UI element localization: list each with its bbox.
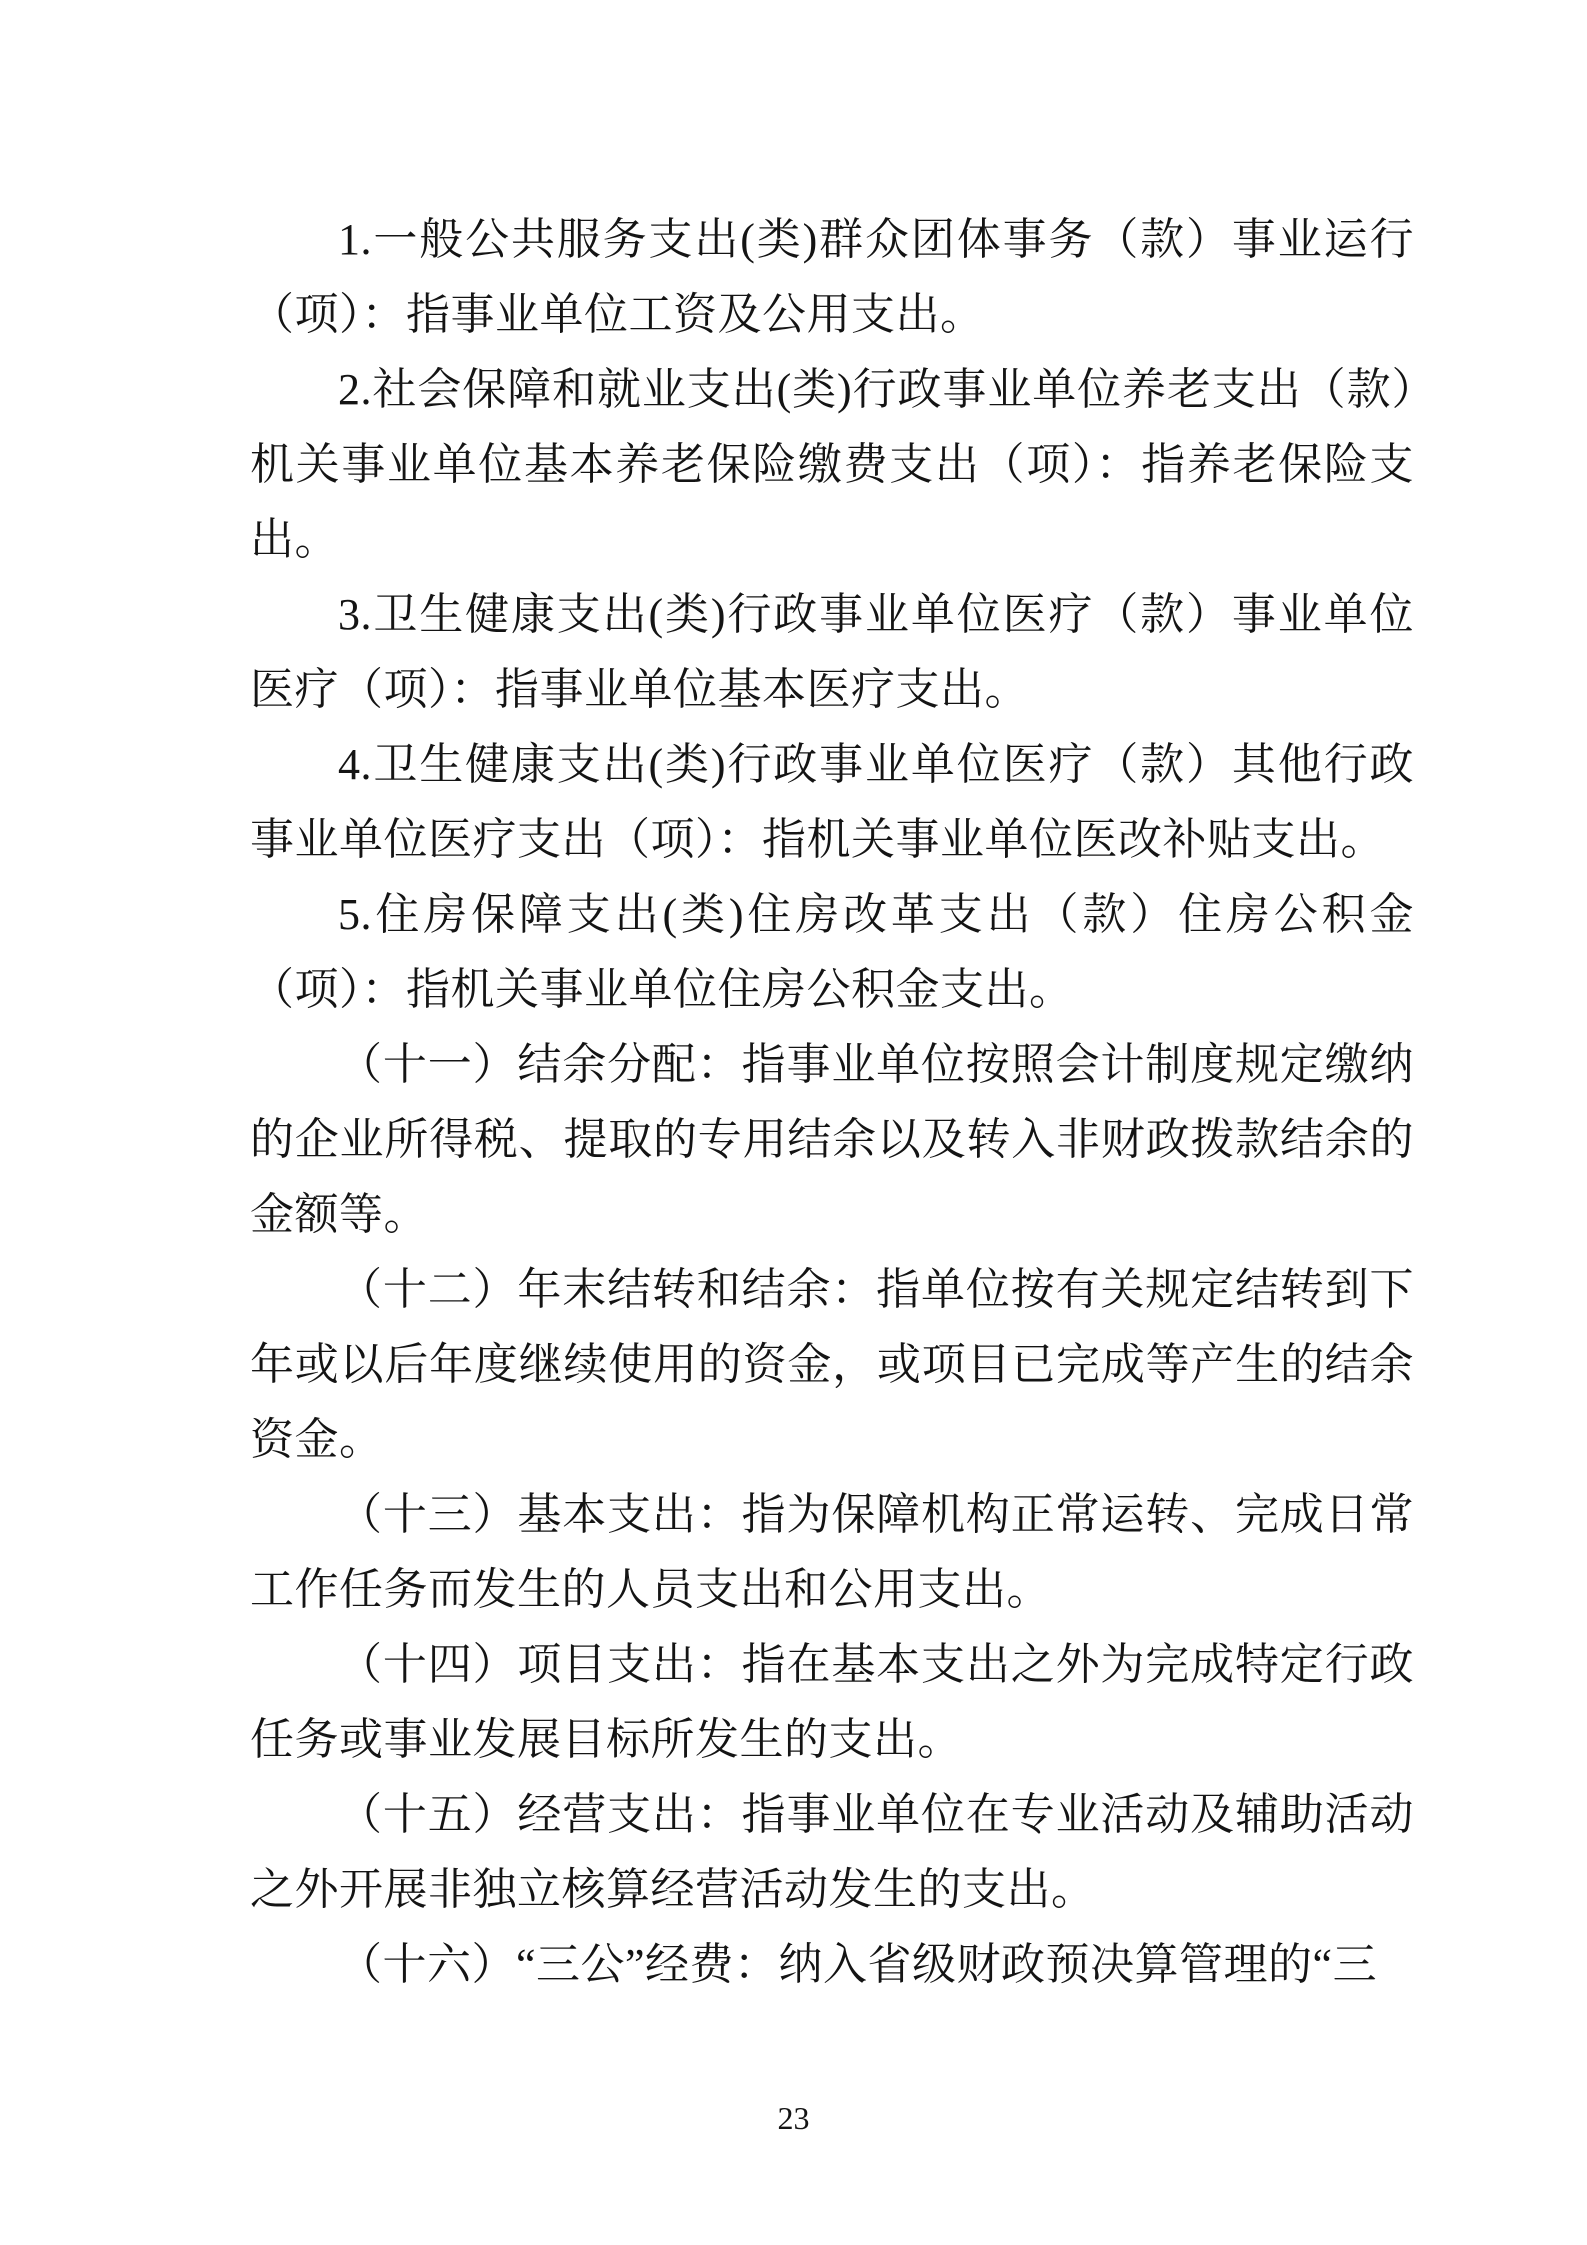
paragraph: （十四）项目支出：指在基本支出之外为完成特定行政任务或事业发展目标所发生的支出。	[250, 1627, 1414, 1777]
document-page: 1.一般公共服务支出(类)群众团体事务（款）事业运行（项）：指事业单位工资及公用…	[0, 0, 1587, 2245]
paragraph: 2.社会保障和就业支出(类)行政事业单位养老支出（款）机关事业单位基本养老保险缴…	[250, 352, 1414, 577]
paragraph: （十一）结余分配：指事业单位按照会计制度规定缴纳的企业所得税、提取的专用结余以及…	[250, 1027, 1414, 1252]
page-number: 23	[778, 2100, 810, 2136]
paragraph: 5.住房保障支出(类)住房改革支出（款）住房公积金（项）：指机关事业单位住房公积…	[250, 877, 1414, 1027]
paragraph: 4.卫生健康支出(类)行政事业单位医疗（款）其他行政事业单位医疗支出（项）：指机…	[250, 727, 1414, 877]
paragraph: （十五）经营支出：指事业单位在专业活动及辅助活动之外开展非独立核算经营活动发生的…	[250, 1777, 1414, 1927]
paragraph: （十三）基本支出：指为保障机构正常运转、完成日常工作任务而发生的人员支出和公用支…	[250, 1477, 1414, 1627]
paragraph: 3.卫生健康支出(类)行政事业单位医疗（款）事业单位医疗（项）：指事业单位基本医…	[250, 577, 1414, 727]
document-body: 1.一般公共服务支出(类)群众团体事务（款）事业运行（项）：指事业单位工资及公用…	[250, 202, 1414, 2002]
page-footer: 23	[0, 2100, 1587, 2137]
paragraph: （十二）年末结转和结余：指单位按有关规定结转到下年或以后年度继续使用的资金，或项…	[250, 1252, 1414, 1477]
paragraph: （十六）“三公”经费：纳入省级财政预决算管理的“三	[250, 1927, 1414, 2002]
paragraph: 1.一般公共服务支出(类)群众团体事务（款）事业运行（项）：指事业单位工资及公用…	[250, 202, 1414, 352]
